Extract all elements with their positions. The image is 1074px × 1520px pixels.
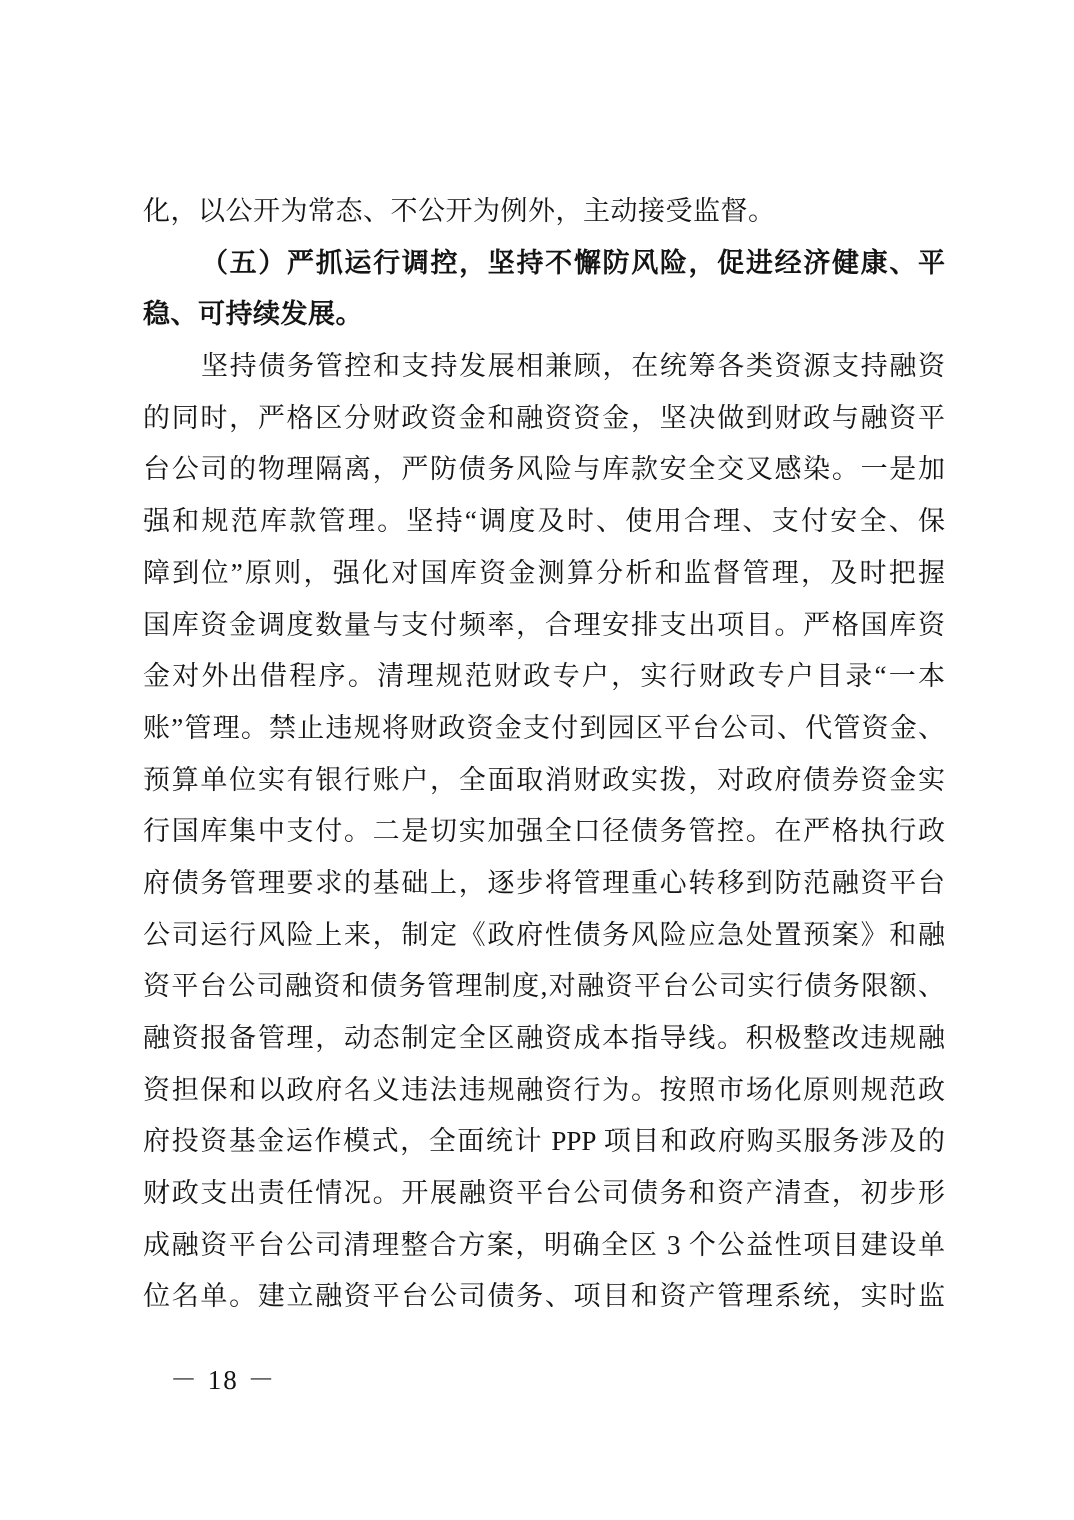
body-line: 府投资基金运作模式，全面统计 PPP 项目和政府购买服务涉及的 <box>143 1116 945 1168</box>
body-line: 的同时，严格区分财政资金和融资资金，坚决做到财政与融资平 <box>143 393 945 445</box>
body-line: 台公司的物理隔离，严防债务风险与库款安全交叉感染。一是加 <box>143 444 945 496</box>
body-line: 资担保和以政府名义违法违规融资行为。按照市场化原则规范政 <box>143 1065 945 1117</box>
section-heading-line: 稳、可持续发展。 <box>143 289 945 341</box>
document-page: 化，以公开为常态、不公开为例外，主动接受监督。 （五）严抓运行调控，坚持不懈防风… <box>0 0 1074 1520</box>
body-line: 强和规范库款管理。坚持“调度及时、使用合理、支付安全、保 <box>143 496 945 548</box>
page-number: － 18 － <box>170 1362 277 1398</box>
body-line: 成融资平台公司清理整合方案，明确全区 3 个公益性项目建设单 <box>143 1220 945 1272</box>
text-block: 化，以公开为常态、不公开为例外，主动接受监督。 （五）严抓运行调控，坚持不懈防风… <box>143 186 945 1323</box>
body-line: 公司运行风险上来，制定《政府性债务风险应急处置预案》和融 <box>143 910 945 962</box>
body-line: 融资报备管理，动态制定全区融资成本指导线。积极整改违规融 <box>143 1013 945 1065</box>
body-line: 账”管理。禁止违规将财政资金支付到园区平台公司、代管资金、 <box>143 703 945 755</box>
body-line: 财政支出责任情况。开展融资平台公司债务和资产清查，初步形 <box>143 1168 945 1220</box>
body-line: 障到位”原则，强化对国库资金测算分析和监督管理，及时把握 <box>143 548 945 600</box>
body-line: 坚持债务管控和支持发展相兼顾，在统筹各类资源支持融资 <box>143 341 945 393</box>
body-line: 位名单。建立融资平台公司债务、项目和资产管理系统，实时监 <box>143 1271 945 1323</box>
body-line: 行国库集中支付。二是切实加强全口径债务管控。在严格执行政 <box>143 806 945 858</box>
section-heading-line: （五）严抓运行调控，坚持不懈防风险，促进经济健康、平 <box>143 238 945 290</box>
body-line: 金对外出借程序。清理规范财政专户，实行财政专户目录“一本 <box>143 651 945 703</box>
body-line: 资平台公司融资和债务管理制度,对融资平台公司实行债务限额、 <box>143 961 945 1013</box>
body-line: 国库资金调度数量与支付频率，合理安排支出项目。严格国库资 <box>143 600 945 652</box>
body-line: 化，以公开为常态、不公开为例外，主动接受监督。 <box>143 186 945 238</box>
body-line: 预算单位实有银行账户，全面取消财政实拨，对政府债券资金实 <box>143 755 945 807</box>
body-line: 府债务管理要求的基础上，逐步将管理重心转移到防范融资平台 <box>143 858 945 910</box>
